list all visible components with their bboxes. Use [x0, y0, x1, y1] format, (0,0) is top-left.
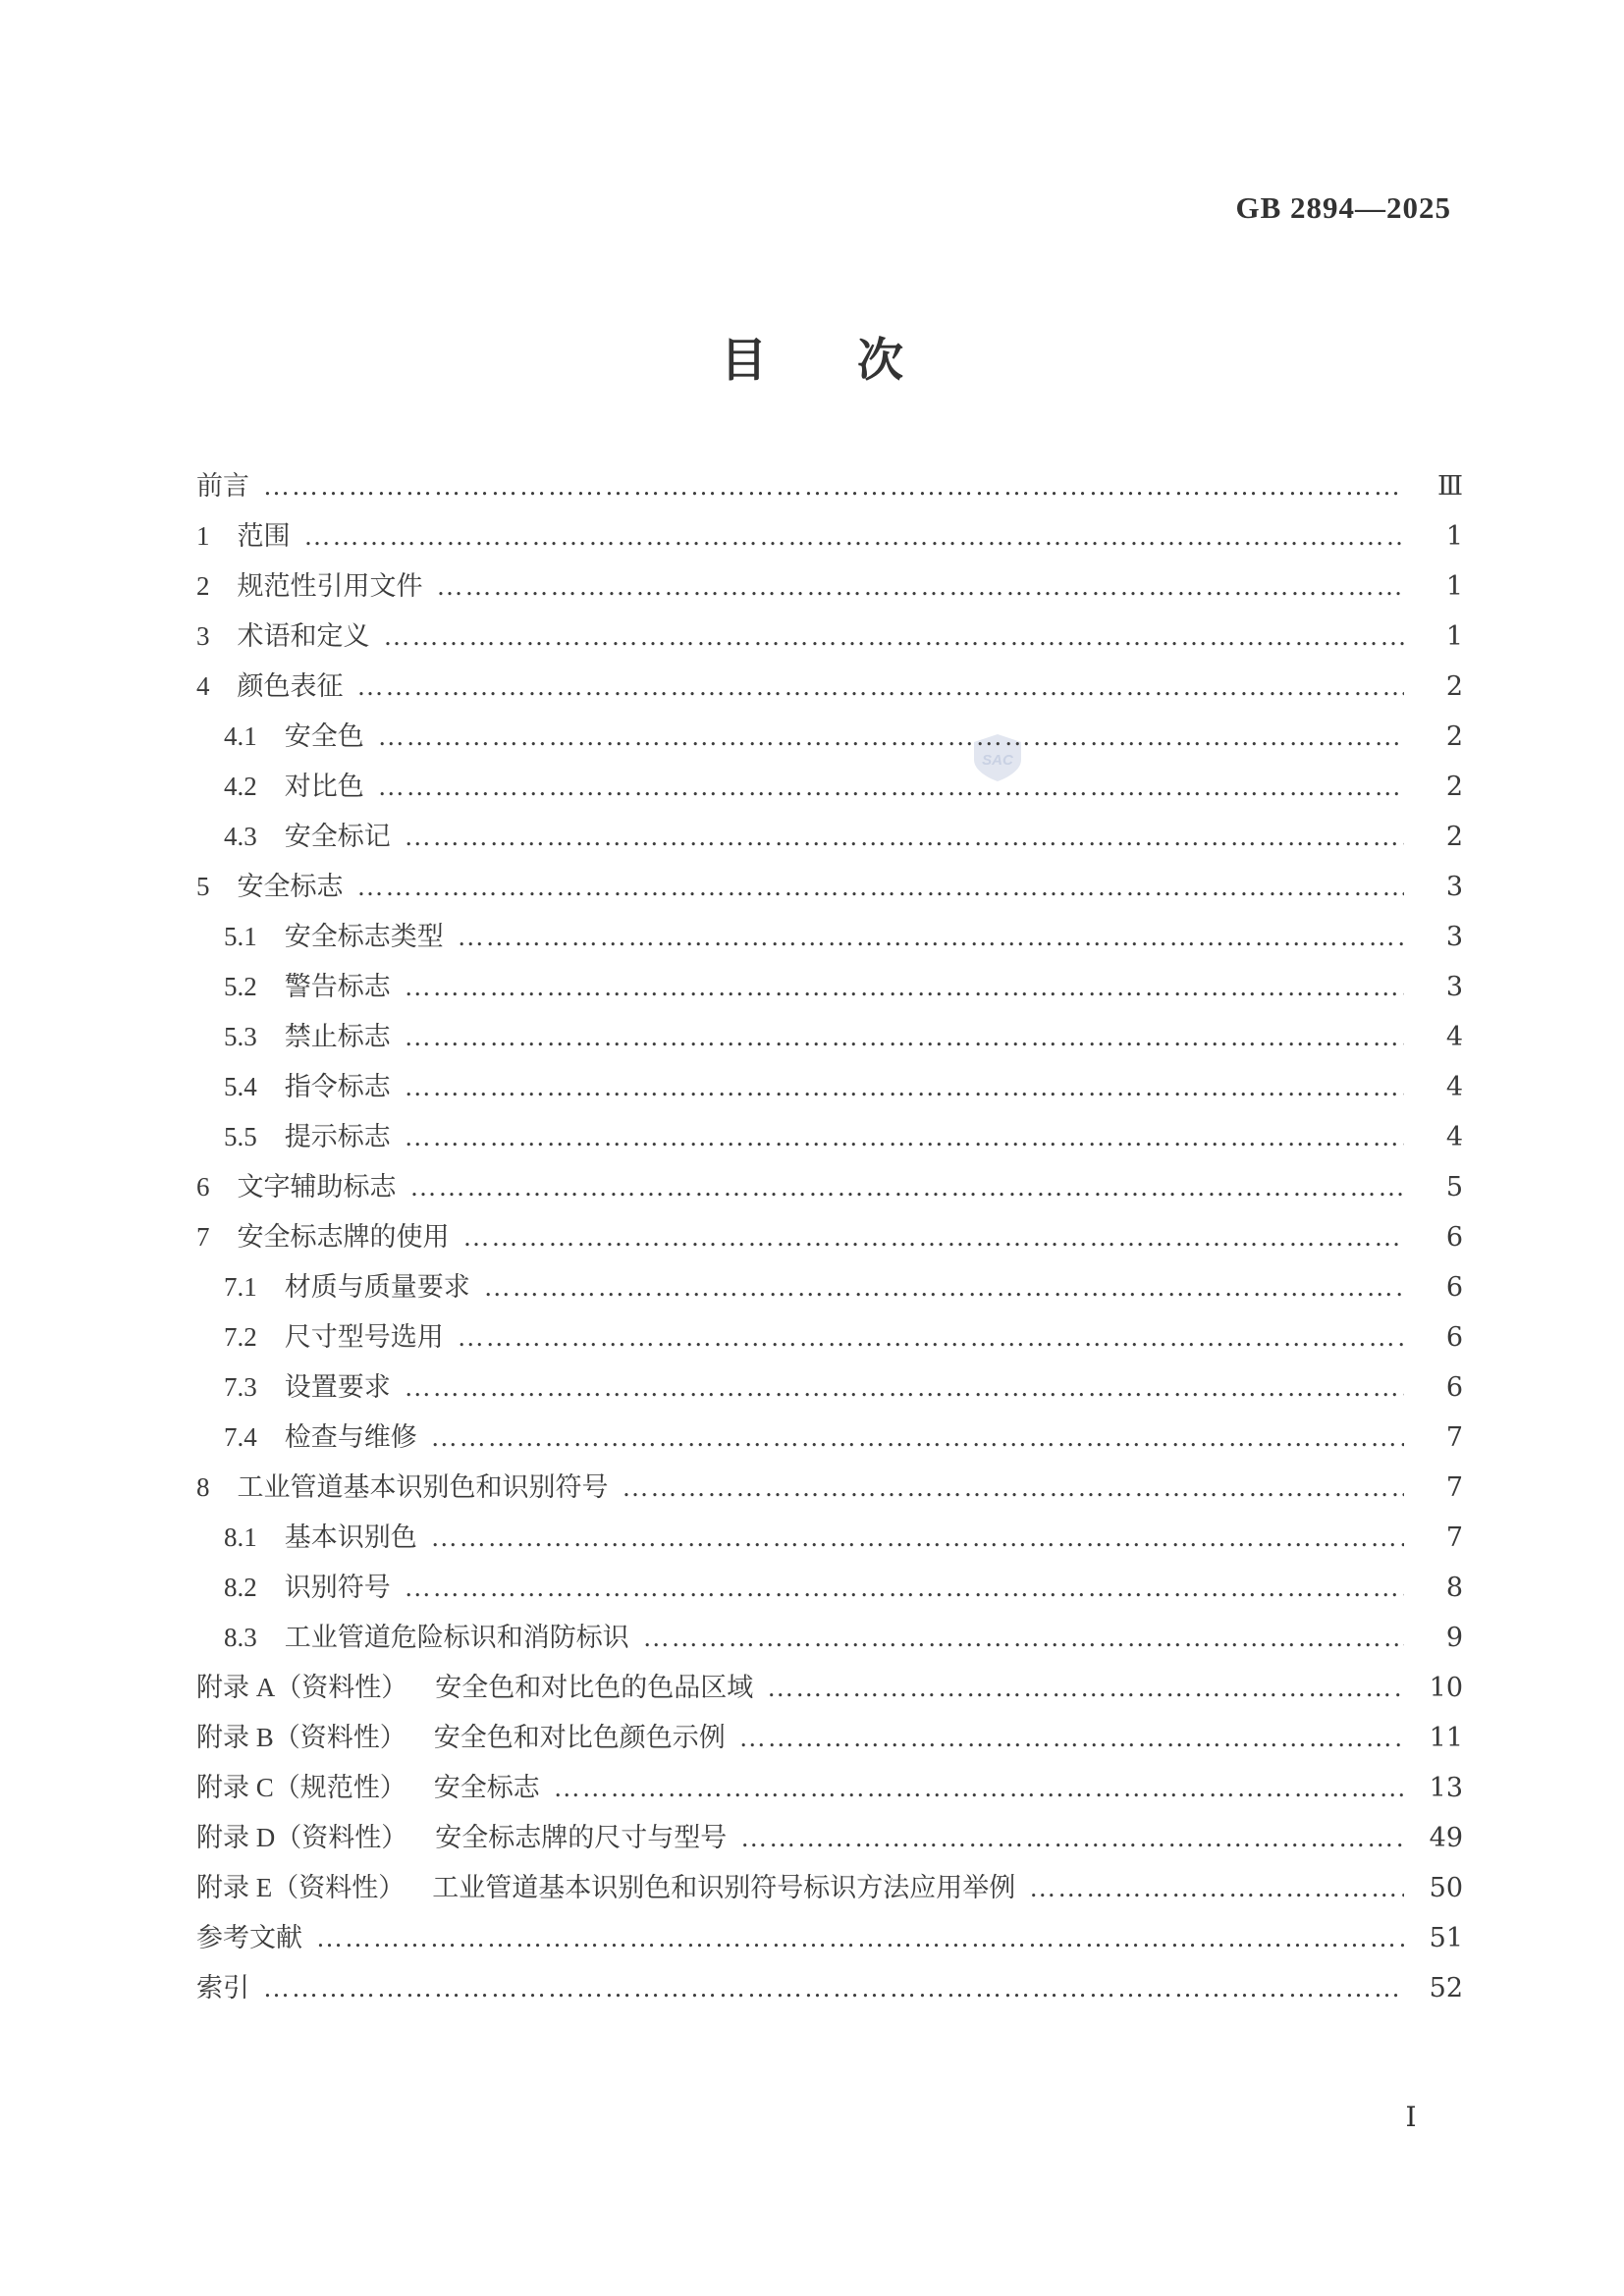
dot-leader [263, 461, 1404, 511]
toc-entry: 5 安全标志 3 [196, 862, 1463, 912]
toc-entry-page: 6 [1418, 1212, 1463, 1262]
toc-entry-page: 6 [1418, 1312, 1463, 1362]
dot-leader [554, 1763, 1404, 1813]
dot-leader [378, 762, 1404, 812]
dot-leader [405, 1563, 1404, 1613]
toc-entry-number: 附录 E（资料性） [196, 1863, 405, 1913]
toc-entry-number: 5.5 [224, 1112, 257, 1162]
toc-entry-number: 7.3 [224, 1362, 257, 1413]
toc-entry: 5.5 提示标志 4 [196, 1112, 1463, 1162]
dot-leader [643, 1613, 1404, 1663]
toc-entry-number: 1 [196, 511, 210, 561]
document-page: GB 2894—2025 目次 SAC 前言 Ⅲ 1 范围 1 2 规范性引用文… [0, 0, 1624, 2296]
toc-entry-label: 术语和定义 [238, 612, 370, 662]
toc-entry-number: 8.2 [224, 1563, 257, 1613]
toc-entry-number: 附录 D（资料性） [196, 1813, 407, 1863]
toc-entry: 前言 Ⅲ [196, 461, 1463, 511]
toc-entry: 参考文献 51 [196, 1913, 1463, 1963]
toc-entry-label: 安全标记 [285, 812, 391, 862]
toc-entry: 5.3 禁止标志 4 [196, 1012, 1463, 1062]
folio-page-number: Ⅰ [1386, 2101, 1435, 2134]
dot-leader [463, 1212, 1405, 1262]
toc-entry: 5.4 指令标志 4 [196, 1062, 1463, 1112]
toc-entry-label: 安全色和对比色的色品区域 [435, 1663, 753, 1713]
toc-entry-label: 对比色 [285, 762, 364, 812]
toc-entry-label: 识别符号 [285, 1563, 391, 1613]
toc-entry-number: 附录 B（资料性） [196, 1713, 406, 1763]
toc-entry: 7.3 设置要求 6 [196, 1362, 1463, 1413]
toc-entry-page: 7 [1418, 1413, 1463, 1463]
toc-entry-label: 安全标志牌的尺寸与型号 [435, 1813, 727, 1863]
toc-entry-page: 4 [1418, 1012, 1463, 1062]
toc-entry-number: 5.4 [224, 1062, 257, 1112]
toc-entry-label: 安全标志牌的使用 [238, 1212, 450, 1262]
toc-entry-page: 1 [1418, 612, 1463, 662]
toc-entry-label: 指令标志 [285, 1062, 391, 1112]
toc-entry-number: 5.3 [224, 1012, 257, 1062]
toc-entry-label: 参考文献 [196, 1913, 302, 1963]
toc-entry-label: 安全色和对比色颜色示例 [434, 1713, 726, 1763]
toc-entry: 7 安全标志牌的使用 6 [196, 1212, 1463, 1262]
toc-entry-number: 7 [196, 1212, 210, 1262]
dot-leader [458, 912, 1404, 962]
toc-entry-label: 警告标志 [285, 962, 391, 1012]
dot-leader [767, 1663, 1404, 1713]
toc-entry: 附录 B（资料性） 安全色和对比色颜色示例 11 [196, 1713, 1463, 1763]
toc-entry: 2 规范性引用文件 1 [196, 561, 1463, 612]
toc-entry-number: 附录 A（资料性） [196, 1663, 407, 1713]
toc-entry-page: 52 [1418, 1963, 1463, 2013]
dot-leader [405, 1362, 1404, 1413]
toc-entry-label: 文字辅助标志 [238, 1162, 397, 1212]
dot-leader [623, 1463, 1405, 1513]
dot-leader [304, 511, 1405, 561]
toc-entry-page: Ⅲ [1418, 461, 1463, 511]
toc-entry: 附录 D（资料性） 安全标志牌的尺寸与型号 49 [196, 1813, 1463, 1863]
dot-leader [1029, 1863, 1404, 1913]
toc-entry-page: 7 [1418, 1463, 1463, 1513]
toc-entry-number: 2 [196, 561, 210, 612]
dot-leader [740, 1813, 1404, 1863]
toc-entry-page: 8 [1418, 1563, 1463, 1613]
toc-entry-label: 禁止标志 [285, 1012, 391, 1062]
toc-entry: 7.2 尺寸型号选用 6 [196, 1312, 1463, 1362]
dot-leader [405, 1062, 1404, 1112]
toc-entry: 1 范围 1 [196, 511, 1463, 561]
toc-entry-page: 1 [1418, 561, 1463, 612]
toc-entry-page: 10 [1418, 1663, 1463, 1713]
toc-entry: 附录 E（资料性） 工业管道基本识别色和识别符号标识方法应用举例 50 [196, 1863, 1463, 1913]
dot-leader [316, 1913, 1404, 1963]
dot-leader [405, 962, 1404, 1012]
dot-leader [357, 662, 1405, 712]
toc-entry-page: 6 [1418, 1262, 1463, 1312]
toc-entry-number: 8.1 [224, 1513, 257, 1563]
toc-entry-label: 规范性引用文件 [238, 561, 423, 612]
toc-entry-page: 9 [1418, 1613, 1463, 1663]
dot-leader [431, 1513, 1404, 1563]
toc-entry: 附录 A（资料性） 安全色和对比色的色品区域 10 [196, 1663, 1463, 1713]
toc-entry-number: 5 [196, 862, 210, 912]
toc-entry-label: 前言 [196, 461, 249, 511]
toc-entry: 8.1 基本识别色 7 [196, 1513, 1463, 1563]
toc-entry: 附录 C（规范性） 安全标志 13 [196, 1763, 1463, 1813]
standard-code: GB 2894—2025 [1235, 190, 1451, 226]
toc-entry-number: 7.4 [224, 1413, 257, 1463]
toc-entry-page: 7 [1418, 1513, 1463, 1563]
dot-leader [739, 1713, 1404, 1763]
toc-entry-page: 51 [1418, 1913, 1463, 1963]
toc-entry-number: 3 [196, 612, 210, 662]
toc-entry-number: 4.2 [224, 762, 257, 812]
toc-entry: 6 文字辅助标志 5 [196, 1162, 1463, 1212]
toc-entry-label: 工业管道基本识别色和识别符号 [238, 1463, 609, 1513]
toc-list: 前言 Ⅲ 1 范围 1 2 规范性引用文件 1 3 术语和定义 1 4 颜色表征… [196, 461, 1463, 2013]
toc-entry-label: 材质与质量要求 [285, 1262, 470, 1312]
toc-entry: 8.2 识别符号 8 [196, 1563, 1463, 1613]
dot-leader [410, 1162, 1405, 1212]
toc-entry-label: 提示标志 [285, 1112, 391, 1162]
toc-entry-page: 6 [1418, 1362, 1463, 1413]
toc-entry-page: 11 [1418, 1713, 1463, 1763]
dot-leader [484, 1262, 1404, 1312]
dot-leader [458, 1312, 1404, 1362]
toc-entry: 7.1 材质与质量要求 6 [196, 1262, 1463, 1312]
toc-entry-number: 附录 C（规范性） [196, 1763, 406, 1813]
toc-entry-label: 尺寸型号选用 [285, 1312, 444, 1362]
toc-entry-page: 49 [1418, 1813, 1463, 1863]
toc-entry: 4 颜色表征 2 [196, 662, 1463, 712]
toc-entry-page: 2 [1418, 662, 1463, 712]
toc-entry: 3 术语和定义 1 [196, 612, 1463, 662]
toc-entry-page: 2 [1418, 712, 1463, 762]
dot-leader [437, 561, 1405, 612]
dot-leader [405, 812, 1404, 862]
toc-entry-label: 安全标志 [238, 862, 344, 912]
toc-entry: 5.1 安全标志类型 3 [196, 912, 1463, 962]
toc-entry-number: 7.1 [224, 1262, 257, 1312]
toc-entry-label: 安全色 [285, 712, 364, 762]
toc-entry: 4.1 安全色 2 [196, 712, 1463, 762]
toc-entry-number: 4 [196, 662, 210, 712]
toc-entry-number: 4.1 [224, 712, 257, 762]
toc-entry-page: 13 [1418, 1763, 1463, 1813]
dot-leader [384, 612, 1405, 662]
toc-entry-number: 5.2 [224, 962, 257, 1012]
dot-leader [357, 862, 1405, 912]
dot-leader [431, 1413, 1404, 1463]
toc-entry-page: 4 [1418, 1112, 1463, 1162]
toc-entry-label: 检查与维修 [285, 1413, 417, 1463]
toc-entry: 8 工业管道基本识别色和识别符号 7 [196, 1463, 1463, 1513]
toc-entry-page: 3 [1418, 912, 1463, 962]
toc-entry: 索引 52 [196, 1963, 1463, 2013]
toc-entry-number: 8.3 [224, 1613, 257, 1663]
toc-entry-page: 3 [1418, 862, 1463, 912]
toc-entry-label: 基本识别色 [285, 1513, 417, 1563]
toc-entry-label: 设置要求 [285, 1362, 391, 1413]
toc-entry-label: 范围 [238, 511, 291, 561]
toc-entry-page: 1 [1418, 511, 1463, 561]
toc-entry-label: 索引 [196, 1963, 249, 2013]
toc-entry-label: 安全标志 [434, 1763, 540, 1813]
toc-entry-label: 工业管道危险标识和消防标识 [285, 1613, 629, 1663]
toc-entry-number: 5.1 [224, 912, 257, 962]
dot-leader [405, 1012, 1404, 1062]
toc-entry-label: 安全标志类型 [285, 912, 444, 962]
toc-entry-page: 5 [1418, 1162, 1463, 1212]
toc-entry: 4.3 安全标记 2 [196, 812, 1463, 862]
toc-entry: 5.2 警告标志 3 [196, 962, 1463, 1012]
toc-entry-number: 8 [196, 1463, 210, 1513]
toc-entry-label: 颜色表征 [238, 662, 344, 712]
toc-entry-number: 7.2 [224, 1312, 257, 1362]
toc-entry: 4.2 对比色 2 [196, 762, 1463, 812]
toc-entry-page: 3 [1418, 962, 1463, 1012]
dot-leader [405, 1112, 1404, 1162]
toc-entry-page: 2 [1418, 812, 1463, 862]
toc-entry-page: 2 [1418, 762, 1463, 812]
toc-entry-label: 工业管道基本识别色和识别符号标识方法应用举例 [432, 1863, 1015, 1913]
toc-entry: 8.3 工业管道危险标识和消防标识 9 [196, 1613, 1463, 1663]
toc-entry-number: 4.3 [224, 812, 257, 862]
dot-leader [378, 712, 1404, 762]
toc-entry-page: 50 [1418, 1863, 1463, 1913]
toc-entry-number: 6 [196, 1162, 210, 1212]
toc-entry: 7.4 检查与维修 7 [196, 1413, 1463, 1463]
page-title: 目次 [0, 324, 1624, 390]
dot-leader [263, 1963, 1404, 2013]
toc-entry-page: 4 [1418, 1062, 1463, 1112]
